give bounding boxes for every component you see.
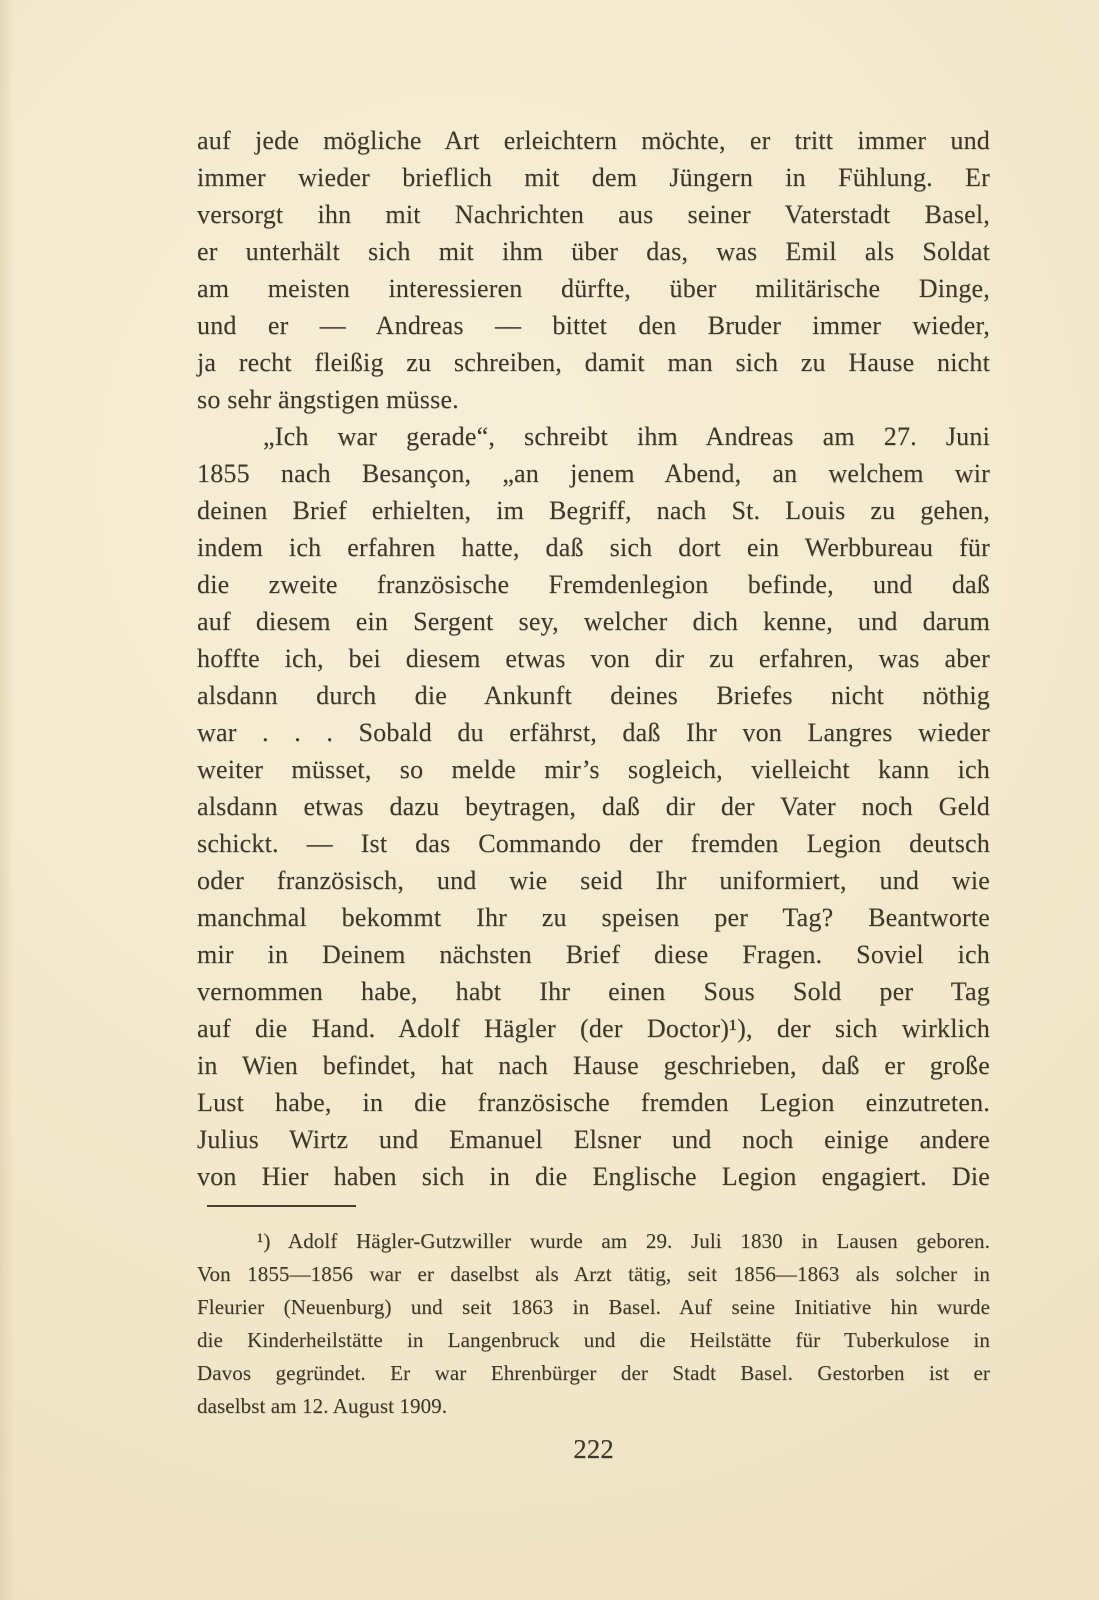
text-line: hoffte ich, bei diesem etwas von dir zu … (197, 640, 990, 677)
text-line: Fleurier (Neuenburg) und seit 1863 in Ba… (197, 1291, 990, 1324)
text-line: von Hier haben sich in die Englische Leg… (197, 1158, 990, 1195)
text-line: Davos gegründet. Er war Ehrenbürger der … (197, 1357, 990, 1390)
text-line: in Wien befindet, hat nach Hause geschri… (197, 1047, 990, 1084)
text-line: indem ich erfahren hatte, daß sich dort … (197, 529, 990, 566)
text-line: daselbst am 12. August 1909. (197, 1390, 990, 1423)
text-line: mir in Deinem nächsten Brief diese Frage… (197, 936, 990, 973)
text-line: ¹) Adolf Hägler-Gutzwiller wurde am 29. … (197, 1225, 990, 1258)
book-page-scan: { "page": { "number": "222", "background… (0, 0, 1099, 1600)
text-line: auf die Hand. Adolf Hägler (der Doctor)¹… (197, 1010, 990, 1047)
text-line: Lust habe, in die französische fremden L… (197, 1084, 990, 1121)
paragraph: „Ich war gerade“, schreibt ihm Andreas a… (197, 418, 990, 1195)
page-text-block: auf jede mögliche Art erleichtern möchte… (197, 122, 990, 1466)
text-line: war . . . Sobald du erfährst, daß Ihr vo… (197, 714, 990, 751)
text-line: er unterhält sich mit ihm über das, was … (197, 233, 990, 270)
footnote: ¹) Adolf Hägler-Gutzwiller wurde am 29. … (197, 1225, 990, 1423)
text-line: die zweite französische Fremdenlegion be… (197, 566, 990, 603)
text-line: „Ich war gerade“, schreibt ihm Andreas a… (197, 418, 990, 455)
text-line: deinen Brief erhielten, im Begriff, nach… (197, 492, 990, 529)
text-line: Julius Wirtz und Emanuel Elsner und noch… (197, 1121, 990, 1158)
text-line: manchmal bekommt Ihr zu speisen per Tag?… (197, 899, 990, 936)
page-number: 222 (197, 1432, 990, 1466)
text-line: oder französisch, und wie seid Ihr unifo… (197, 862, 990, 899)
text-line: auf diesem ein Sergent sey, welcher dich… (197, 603, 990, 640)
text-line: 1855 nach Besançon, „an jenem Abend, an … (197, 455, 990, 492)
text-line: alsdann etwas dazu beytragen, daß dir de… (197, 788, 990, 825)
text-line: vernommen habe, habt Ihr einen Sous Sold… (197, 973, 990, 1010)
text-line: schickt. — Ist das Commando der fremden … (197, 825, 990, 862)
text-line: alsdann durch die Ankunft deines Briefes… (197, 677, 990, 714)
text-line: Von 1855—1856 war er daselbst als Arzt t… (197, 1258, 990, 1291)
body-paragraphs: auf jede mögliche Art erleichtern möchte… (197, 122, 990, 1195)
text-line: ja recht fleißig zu schreiben, damit man… (197, 344, 990, 381)
text-line: versorgt ihn mit Nachrichten aus seiner … (197, 196, 990, 233)
text-line: immer wieder brieflich mit dem Jüngern i… (197, 159, 990, 196)
footnote-separator (207, 1205, 356, 1207)
text-line: und er — Andreas — bittet den Bruder imm… (197, 307, 990, 344)
text-line: auf jede mögliche Art erleichtern möchte… (197, 122, 990, 159)
text-line: so sehr ängstigen müsse. (197, 381, 990, 418)
text-line: die Kinderheilstätte in Langenbruck und … (197, 1324, 990, 1357)
text-line: weiter müsset, so melde mir’s sogleich, … (197, 751, 990, 788)
text-line: am meisten interessieren dürfte, über mi… (197, 270, 990, 307)
paragraph: auf jede mögliche Art erleichtern möchte… (197, 122, 990, 418)
